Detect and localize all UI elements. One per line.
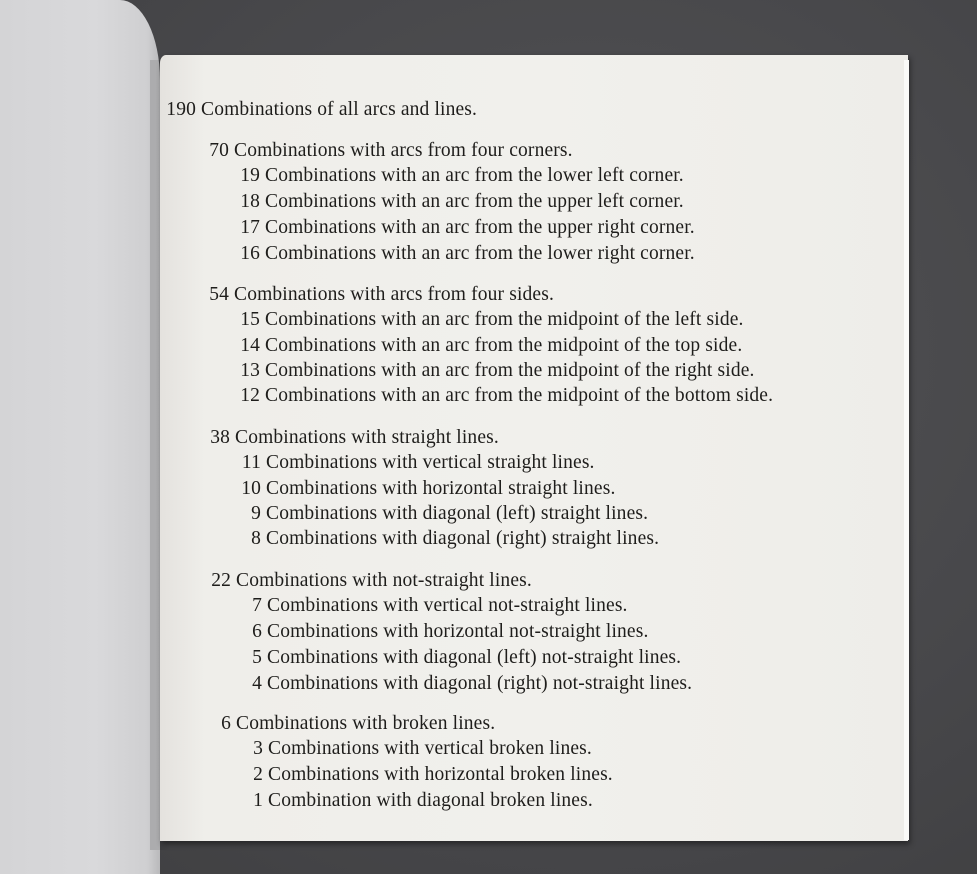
page-edge bbox=[904, 60, 909, 840]
list-item: 19 Combinations with an arc from the low… bbox=[236, 165, 684, 187]
list-item-group: 38 Combinations with straight lines. bbox=[206, 427, 499, 449]
list-item-group: 70 Combinations with arcs from four corn… bbox=[205, 140, 573, 162]
list-item-group: 22 Combinations with not-straight lines. bbox=[207, 570, 532, 592]
list-item: 5 Combinations with diagonal (left) not-… bbox=[238, 647, 681, 669]
list-item: 1 Combination with diagonal broken lines… bbox=[239, 790, 593, 812]
list-item: 2 Combinations with horizontal broken li… bbox=[239, 764, 613, 786]
list-item: 7 Combinations with vertical not-straigh… bbox=[238, 595, 628, 617]
list-item: 14 Combinations with an arc from the mid… bbox=[236, 335, 742, 357]
left-page bbox=[0, 0, 160, 874]
list-item-total: 190 Combinations of all arcs and lines. bbox=[164, 99, 477, 121]
list-item: 16 Combinations with an arc from the low… bbox=[236, 243, 695, 265]
list-item: 17 Combinations with an arc from the upp… bbox=[236, 217, 695, 239]
list-item: 11 Combinations with vertical straight l… bbox=[237, 452, 595, 474]
list-item: 4 Combinations with diagonal (right) not… bbox=[238, 673, 692, 695]
list-item: 13 Combinations with an arc from the mid… bbox=[236, 360, 755, 382]
list-item: 3 Combinations with vertical broken line… bbox=[239, 738, 592, 760]
list-item: 9 Combinations with diagonal (left) stra… bbox=[237, 503, 648, 525]
list-item-group: 54 Combinations with arcs from four side… bbox=[205, 284, 554, 306]
list-item-group: 6 Combinations with broken lines. bbox=[207, 713, 495, 735]
list-item: 18 Combinations with an arc from the upp… bbox=[236, 191, 684, 213]
list-item: 12 Combinations with an arc from the mid… bbox=[236, 385, 773, 407]
list-item: 15 Combinations with an arc from the mid… bbox=[236, 309, 744, 331]
list-item: 6 Combinations with horizontal not-strai… bbox=[238, 621, 648, 643]
list-item: 8 Combinations with diagonal (right) str… bbox=[237, 528, 659, 550]
list-item: 10 Combinations with horizontal straight… bbox=[237, 478, 615, 500]
